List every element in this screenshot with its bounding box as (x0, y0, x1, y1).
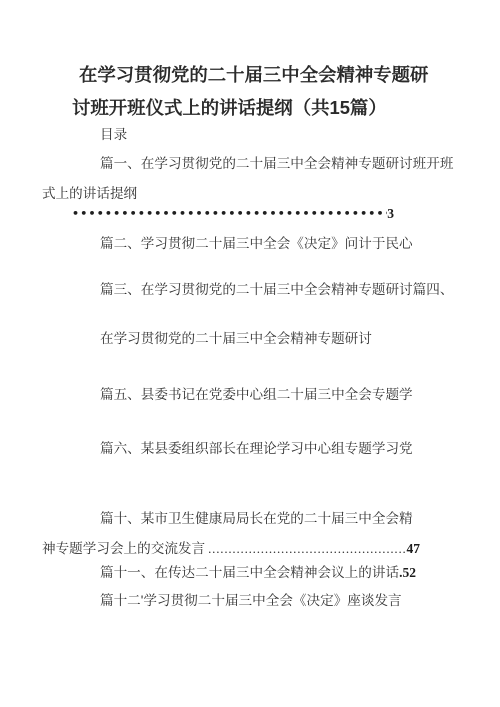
toc-entry-10-line1: 篇十、某市卫生健康局局长在党的二十届三中全会精 (100, 511, 413, 527)
toc-entry-1-line1: 篇一、在学习贯彻党的二十届三中全会精神专题研讨班开班 (100, 156, 453, 172)
toc-entry-3: 篇三、在学习贯彻党的二十届三中全会精神专题研讨篇四、 (100, 282, 453, 298)
toc-entry-6: 篇六、某县委组织部长在理论学习中心组专题学习党 (100, 441, 413, 457)
toc-entry-11: 篇十一、在传达二十届三中全会精神会议上的讲话.52 (100, 565, 416, 581)
page-title-line2: 讨班开班仪式上的讲话提纲（共15篇） (72, 97, 387, 119)
dot-leader: ........................................… (205, 541, 406, 557)
toc-entry-2: 篇二、学习贯彻二十届三中全会《决定》问计于民心 (100, 236, 413, 252)
toc-entry-1-line2: 式上的讲话提纲 (42, 186, 137, 202)
toc-entry-11-text: 篇十一、在传达二十届三中全会精神会议上的讲话 (100, 565, 399, 580)
toc-heading: 目录 (100, 127, 127, 143)
toc-entry-11-page-number: .52 (399, 565, 416, 580)
toc-entry-12: 篇十二'学习贯彻二十届三中全会《决定》座谈发言 (100, 593, 402, 609)
toc-entry-10-line2: 神专题学习会上的交流发言 (42, 541, 205, 557)
toc-entry-5: 篇五、县委书记在党委中心组二十届三中全会专题学 (100, 387, 413, 403)
page-title-line1: 在学习贯彻党的二十届三中全会精神专题研 (79, 64, 428, 86)
toc-entry-4-continuation: 在学习贯彻党的二十届三中全会精神专题研讨 (100, 331, 372, 347)
toc-entry-1-page-number: 3 (387, 206, 394, 222)
toc-entry-10-page-number: 47 (407, 541, 421, 557)
document-page: 在学习贯彻党的二十届三中全会精神专题研 讨班开班仪式上的讲话提纲（共15篇） 目… (0, 0, 500, 707)
toc-entry-1-leader-row: ••••••••••••••••••••••••••••••••••••••••… (72, 206, 394, 224)
dot-leader: ••••••••••••••••••••••••••••••••••••••••… (72, 206, 387, 222)
toc-entry-10-leader-row: 神专题学习会上的交流发言 ...........................… (42, 541, 420, 557)
